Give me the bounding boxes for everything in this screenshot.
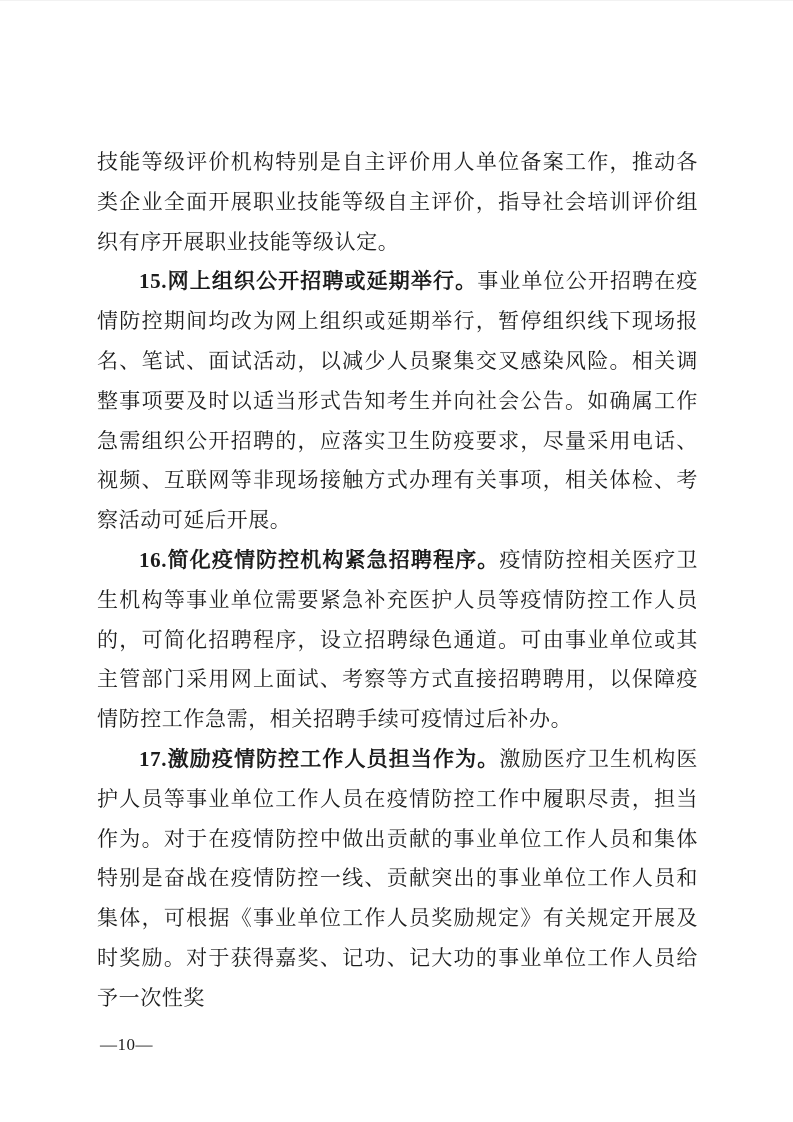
para-item-16-simplified-urgent-hiring: 16.简化疫情防控机构紧急招聘程序。疫情防控相关医疗卫生机构等事业单位需要紧急补… — [97, 541, 698, 740]
page-number: —10— — [100, 1035, 153, 1055]
para-item-15-online-recruitment: 15.网上组织公开招聘或延期举行。事业单位公开招聘在疫情防控期间均改为网上组织或… — [97, 262, 698, 541]
clause-text: 激励医疗卫生机构医护人员等事业单位工作人员在疫情防控工作中履职尽责，担当作为。对… — [97, 747, 698, 1010]
para-item-17-incentives-for-staff: 17.激励疫情防控工作人员担当作为。激励医疗卫生机构医护人员等事业单位工作人员在… — [97, 740, 698, 1019]
document-body: 技能等级评价机构特别是自主评价用人单位备案工作，推动各类企业全面开展职业技能等级… — [97, 143, 698, 1019]
clause-heading: 16.简化疫情防控机构紧急招聘程序。 — [139, 548, 499, 572]
clause-heading: 15.网上组织公开招聘或延期举行。 — [139, 269, 477, 293]
clause-text: 疫情防控相关医疗卫生机构等事业单位需要紧急补充医护人员等疫情防控工作人员的，可简… — [97, 548, 698, 731]
clause-text: 事业单位公开招聘在疫情防控期间均改为网上组织或延期举行，暂停组织线下现场报名、笔… — [97, 269, 698, 532]
clause-text: 技能等级评价机构特别是自主评价用人单位备案工作，推动各类企业全面开展职业技能等级… — [97, 150, 698, 254]
para-skill-evaluation-continued: 技能等级评价机构特别是自主评价用人单位备案工作，推动各类企业全面开展职业技能等级… — [97, 143, 698, 262]
clause-heading: 17.激励疫情防控工作人员担当作为。 — [139, 747, 499, 771]
document-page: 技能等级评价机构特别是自主评价用人单位备案工作，推动各类企业全面开展职业技能等级… — [0, 0, 793, 1122]
